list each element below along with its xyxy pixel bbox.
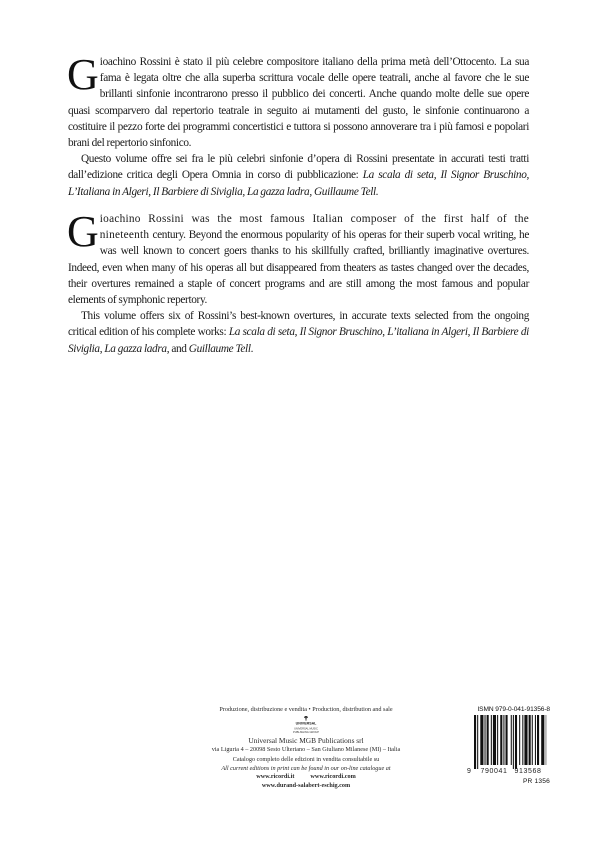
catalog-english: All current editions in print can be fou… <box>190 765 422 773</box>
svg-text:PUBLISHING GROUP: PUBLISHING GROUP <box>293 730 319 734</box>
english-paragraph-1: Gioachino Rossini was the most famous It… <box>68 211 529 308</box>
catalog-italian: Catalogo completo delle edizioni in vend… <box>190 756 422 764</box>
svg-text:790041: 790041 <box>481 768 508 775</box>
opera-title-2: Il Signor Bruschino <box>300 326 383 338</box>
svg-text:UNIVERSAL: UNIVERSAL <box>296 722 318 726</box>
italian-drop-cap: G <box>67 58 99 91</box>
svg-text:9: 9 <box>467 768 471 775</box>
period: . <box>251 343 253 355</box>
publisher-block: Produzione, distribuzione e vendita • Pr… <box>190 706 422 790</box>
production-line: Produzione, distribuzione e vendita • Pr… <box>190 706 422 714</box>
universal-music-publishing-group-logo-icon: UNIVERSAL UNIVERSAL MUSIC PUBLISHING GRO… <box>286 715 326 735</box>
svg-text:913568: 913568 <box>515 768 542 775</box>
english-drop-cap: G <box>67 215 99 248</box>
company-address: via Liguria 4 – 20098 Sesto Ulteriano – … <box>190 746 422 754</box>
catalog-number: PR 1356 <box>466 778 550 785</box>
opera-title-5: La gazza ladra <box>104 343 166 355</box>
barcode-icon: 9 790041 913568 <box>466 715 550 775</box>
link-durand-salabert-eschig[interactable]: www.durand-salabert-eschig.com <box>190 782 422 790</box>
company-name: Universal Music MGB Publications srl <box>190 736 422 746</box>
link-ricordi-com[interactable]: www.ricordi.com <box>310 773 355 780</box>
english-text-block: Gioachino Rossini was the most famous It… <box>68 211 529 357</box>
conjunction: , and <box>167 343 189 355</box>
opera-title-6: Guillaume Tell <box>189 343 251 355</box>
ismn-number: ISMN 979-0-041-91356-8 <box>466 706 550 714</box>
italian-text-block: Gioachino Rossini è stato il più celebre… <box>68 54 529 200</box>
opera-title-1: La scala di seta <box>229 326 295 338</box>
barcode-block: ISMN 979-0-041-91356-8 9 790041 913568 P… <box>466 706 550 785</box>
opera-title-3: L’italiana in Algeri <box>387 326 467 338</box>
website-links: www.ricordi.itwww.ricordi.com <box>190 773 422 781</box>
italian-paragraph-1-text: ioachino Rossini è stato il più celebre … <box>68 56 529 149</box>
english-paragraph-2: This volume offers six of Rossini’s best… <box>68 308 529 357</box>
italian-paragraph-2: Questo volume offre sei fra le più celeb… <box>68 151 529 200</box>
link-ricordi-it[interactable]: www.ricordi.it <box>256 773 294 780</box>
italian-paragraph-1: Gioachino Rossini è stato il più celebre… <box>68 54 529 151</box>
